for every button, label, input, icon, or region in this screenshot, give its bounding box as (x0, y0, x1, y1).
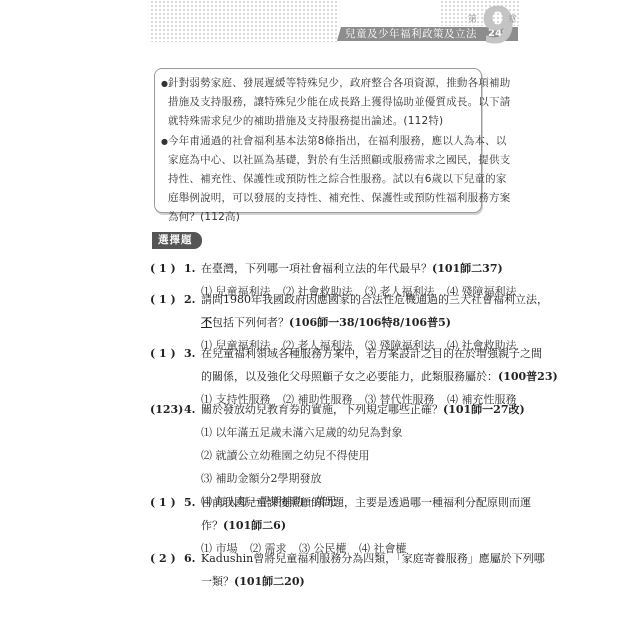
essay-line: 就特殊需求兒少的補助措施及支持服務提出論述。(112特) (168, 112, 478, 131)
question-text: 作？ (201, 519, 223, 532)
question-text: 的關係，以及強化父母照顧子女之必要能力，此類服務屬於： (201, 370, 498, 383)
section-tag-multiple-choice: 選擇題 (152, 232, 202, 249)
answer-key: ( 1 ) (150, 288, 176, 311)
exam-source: (100普23) (498, 370, 558, 383)
question-text: 一類？ (201, 575, 234, 588)
question-number: 5. (184, 491, 195, 514)
essay-item-2: ● 今年甫通過的社會福利基本法第8條指出，在福利服務，應以人為本、以 家庭為中心… (168, 132, 478, 227)
essay-item-1: ● 針對弱勢家庭、發展遲緩等特殊兒少，政府整合各項資源，推動各項補助 措施及支持… (168, 74, 478, 131)
answer-key: (123) (150, 398, 183, 421)
exam-source: (101師二37) (432, 262, 503, 275)
question-text: 關於發放幼兒教育券的實施，下列規定哪些正確？ (201, 403, 443, 416)
running-header-title: 兒童及少年福利政策及立法 (345, 27, 477, 41)
option-1: ⑴ 以年滿五足歲未滿六足歲的幼兒為對象 (201, 421, 500, 444)
header-dot-pattern-left (150, 0, 338, 42)
question-number: 4. (184, 398, 195, 421)
question-text: 包括下列何者？ (212, 316, 289, 329)
question-text: 目前我國兒童課後照顧的問題，主要是透過哪一種福利分配原則而運 (201, 491, 500, 514)
question-text: 請問1980年我國政府因應國家的合法性危機通過的三大社會福利立法， (201, 288, 500, 311)
essay-line: 措施及支持服務，讓特殊兒少能在成長路上獲得協助並優質成長。以下請 (168, 93, 478, 112)
answer-key: ( 1 ) (150, 342, 176, 365)
bullet-icon: ● (161, 132, 168, 151)
question-text: 在兒童福利領域各種服務方案中，若方案設計之目的在於增強親子之間 (201, 342, 500, 365)
essay-line: 為何？(112高) (168, 208, 478, 227)
exam-source: (101師二6) (223, 519, 286, 532)
exam-source: (106師一38/106特8/106普5) (289, 316, 451, 329)
essay-line: 庭舉例說明，可以發展的支持性、補充性、保護性或預防性福利服務方案 (168, 189, 478, 208)
essay-line: 持性、補充性、保護性或預防性之綜合性服務。試以有6歲以下兒童的家 (168, 170, 478, 189)
question-number: 6. (184, 547, 195, 570)
emphasis-not: 不 (201, 316, 212, 329)
chapter-number: 9 (481, 0, 516, 56)
answer-key: ( 1 ) (150, 257, 176, 280)
question-text: 在臺灣，下列哪一項社會福利立法的年代最早？ (201, 262, 432, 275)
question-number: 3. (184, 342, 195, 365)
question-number: 1. (184, 257, 195, 280)
question-number: 2. (184, 288, 195, 311)
option-3: ⑶ 補助金額分2學期發放 (201, 467, 500, 490)
question-6: ( 2 ) 6. Kadushin曾將兒童福利服務分為四類，「家庭寄養服務」應屬… (150, 547, 500, 593)
essay-line: 家庭為中心、以社區為基礎，對於有生活照顧或服務需求之國民，提供支 (168, 151, 478, 170)
exam-source: (101師一27改) (443, 403, 525, 416)
option-2: ⑵ 就讀公立幼稚園之幼兒不得使用 (201, 444, 500, 467)
answer-key: ( 2 ) (150, 547, 176, 570)
question-text: Kadushin曾將兒童福利服務分為四類，「家庭寄養服務」應屬於下列哪 (201, 547, 500, 570)
bullet-icon: ● (161, 74, 168, 93)
chapter-suffix: 章 (508, 12, 517, 25)
essay-line: 今年甫通過的社會福利基本法第8條指出，在福利服務，應以人為本、以 (168, 132, 478, 151)
essay-line: 針對弱勢家庭、發展遲緩等特殊兒少，政府整合各項資源，推動各項補助 (168, 74, 478, 93)
exam-source: (101師二20) (234, 575, 305, 588)
chapter-prefix: 第 (468, 12, 477, 25)
answer-key: ( 1 ) (150, 491, 176, 514)
